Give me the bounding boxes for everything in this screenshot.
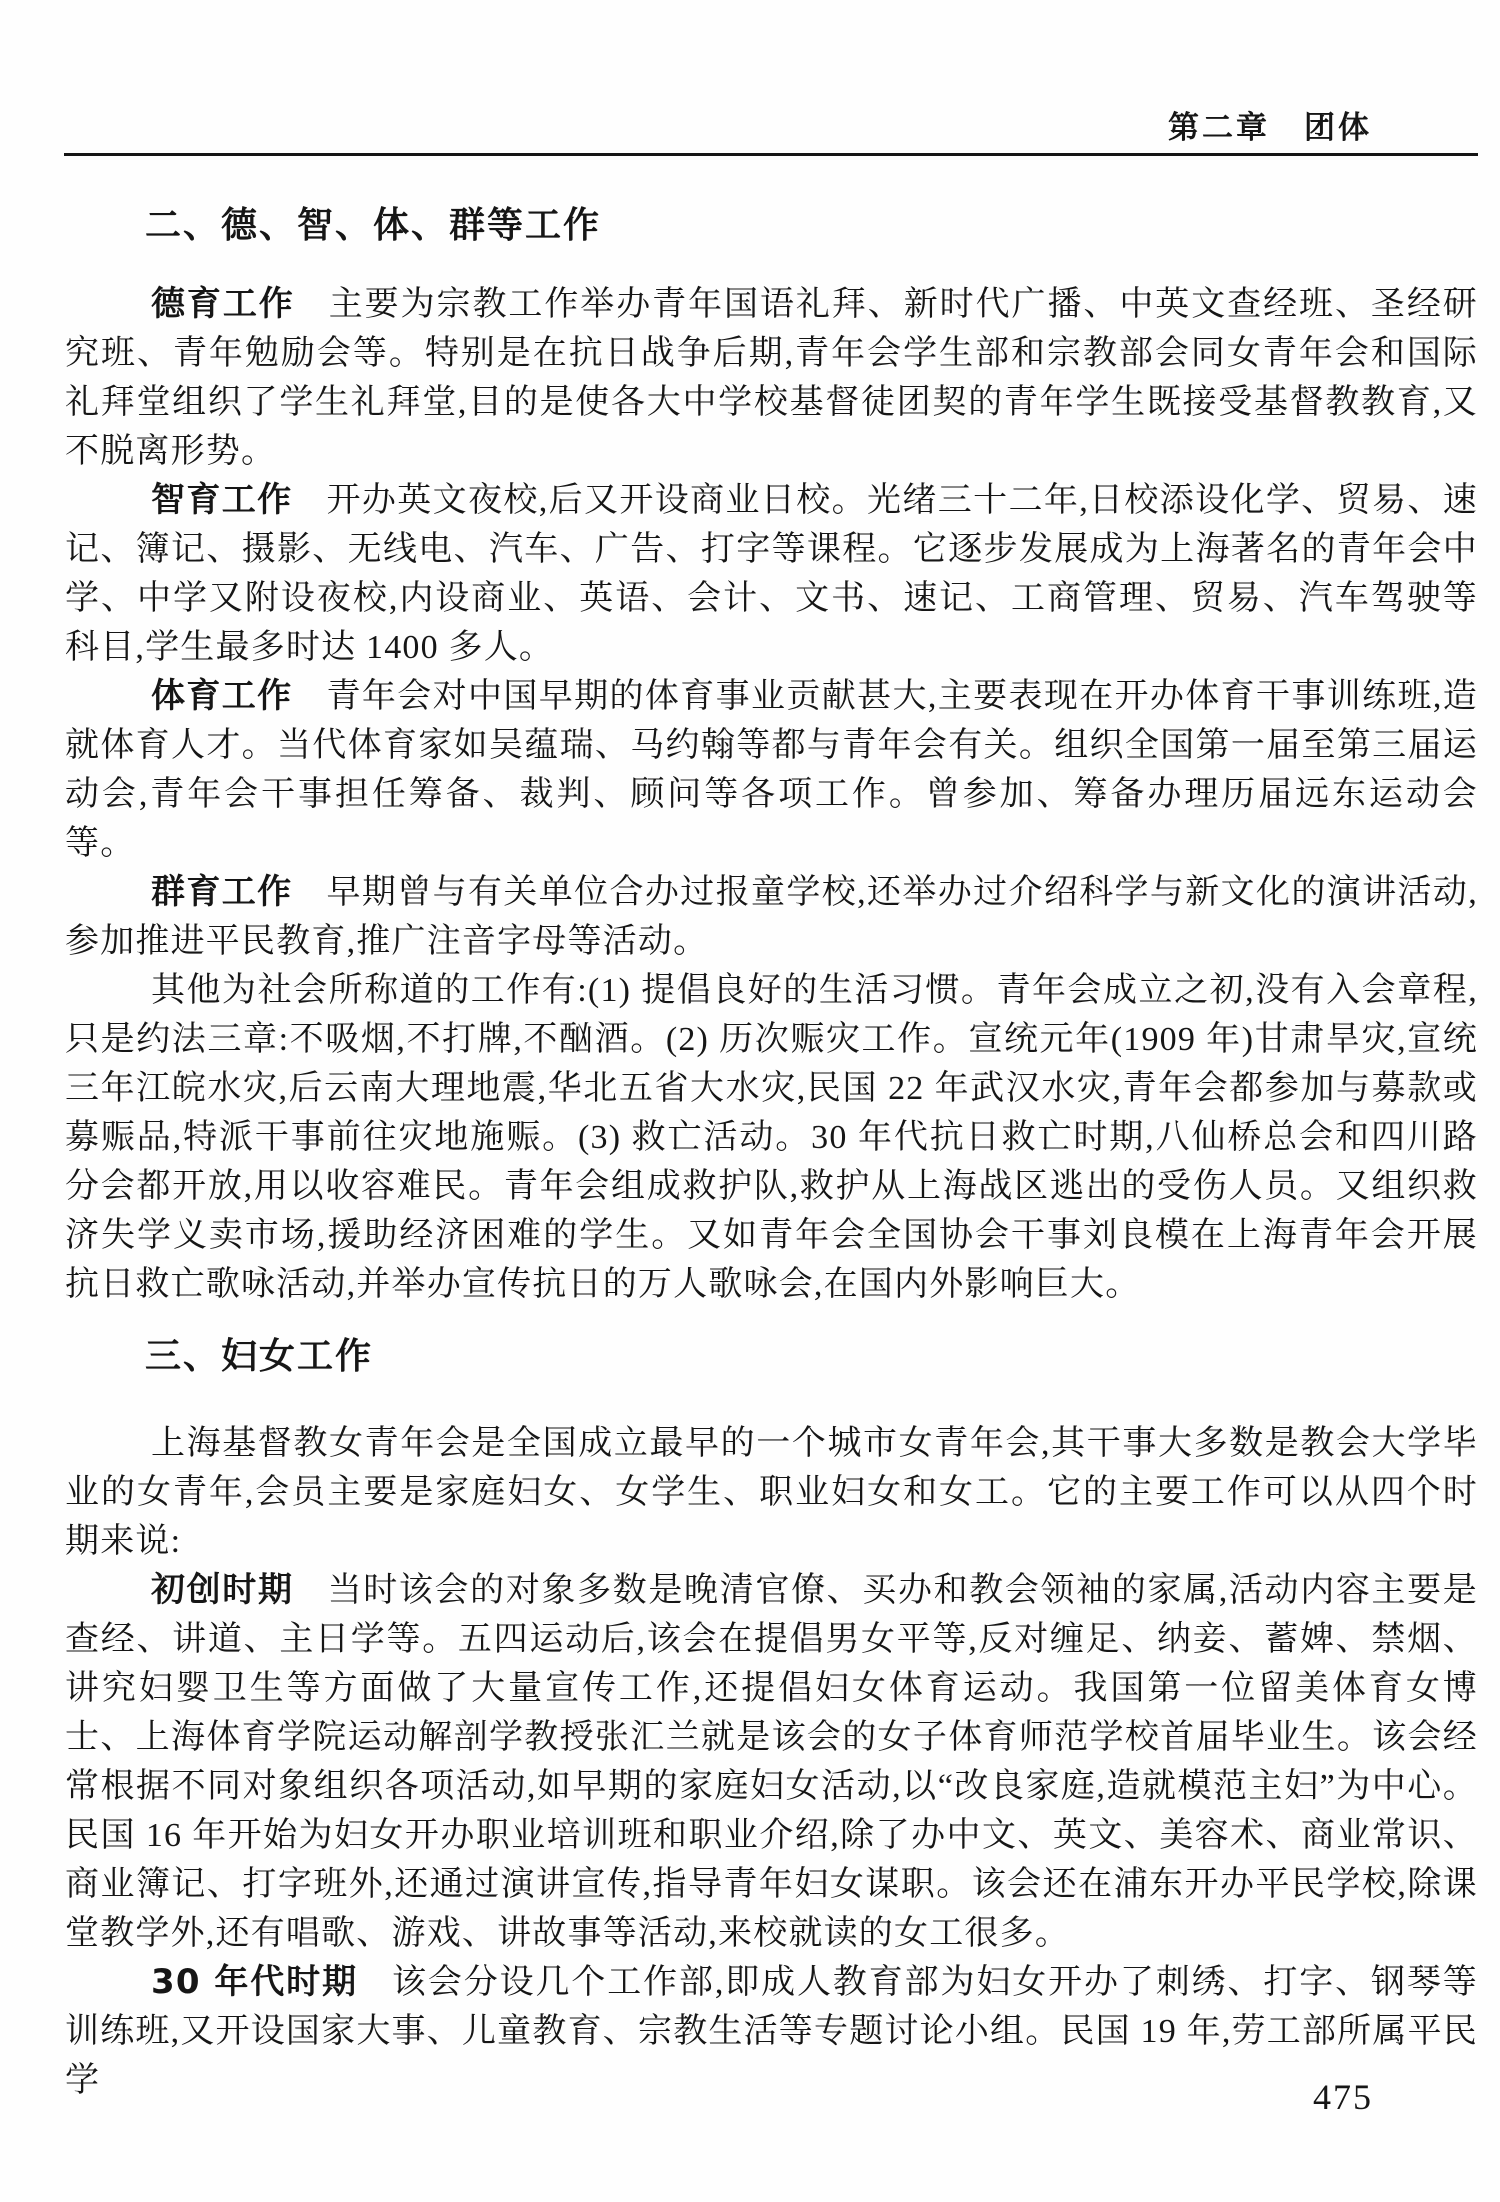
paragraph: 上海基督教女青年会是全国成立最早的一个城市女青年会,其干事大多数是教会大学毕业的…: [65, 1419, 1478, 1566]
section-heading: 二、德、智、体、群等工作: [65, 202, 1478, 250]
paragraph: 其他为社会所称道的工作有:(1) 提倡良好的生活习惯。青年会成立之初,没有入会章…: [65, 966, 1478, 1309]
paragraph: 群育工作早期曾与有关单位合办过报童学校,还举办过介绍科学与新文化的演讲活动,参加…: [65, 868, 1478, 966]
section-heading: 三、妇女工作: [65, 1333, 1478, 1381]
paragraph-lead: 初创时期: [151, 1570, 294, 1610]
section-moral-intellectual-physical-social-work: 二、德、智、体、群等工作 德育工作主要为宗教工作举办青年国语礼拜、新时代广播、中…: [65, 202, 1478, 1309]
paragraph-text: 当时该会的对象多数是晚清官僚、买办和教会领袖的家属,活动内容主要是查经、讲道、主…: [65, 1572, 1478, 1952]
paragraph-text: 上海基督教女青年会是全国成立最早的一个城市女青年会,其干事大多数是教会大学毕业的…: [65, 1425, 1478, 1560]
paragraph-lead: 30 年代时期: [151, 1962, 358, 2002]
paragraph: 体育工作青年会对中国早期的体育事业贡献甚大,主要表现在开办体育干事训练班,造就体…: [65, 672, 1478, 868]
paragraph: 德育工作主要为宗教工作举办青年国语礼拜、新时代广播、中英文查经班、圣经研究班、青…: [65, 280, 1478, 476]
paragraph: 30 年代时期该会分设几个工作部,即成人教育部为妇女开办了刺绣、打字、钢琴等训练…: [65, 1958, 1478, 2105]
paragraph: 初创时期当时该会的对象多数是晚清官僚、买办和教会领袖的家属,活动内容主要是查经、…: [65, 1566, 1478, 1958]
page-number: 475: [1313, 2076, 1373, 2118]
paragraph-lead: 智育工作: [151, 480, 293, 520]
section-womens-work: 三、妇女工作 上海基督教女青年会是全国成立最早的一个城市女青年会,其干事大多数是…: [65, 1333, 1478, 2105]
paragraph-lead: 体育工作: [151, 676, 293, 716]
page-content: 二、德、智、体、群等工作 德育工作主要为宗教工作举办青年国语礼拜、新时代广播、中…: [65, 0, 1478, 2105]
paragraph-lead: 德育工作: [151, 284, 295, 324]
paragraph: 智育工作开办英文夜校,后又开设商业日校。光绪三十二年,日校添设化学、贸易、速记、…: [65, 476, 1478, 672]
book-page: 第二章 团体 二、德、智、体、群等工作 德育工作主要为宗教工作举办青年国语礼拜、…: [0, 0, 1500, 2202]
paragraph-lead: 群育工作: [151, 872, 293, 912]
paragraph-text: 其他为社会所称道的工作有:(1) 提倡良好的生活习惯。青年会成立之初,没有入会章…: [65, 972, 1478, 1303]
